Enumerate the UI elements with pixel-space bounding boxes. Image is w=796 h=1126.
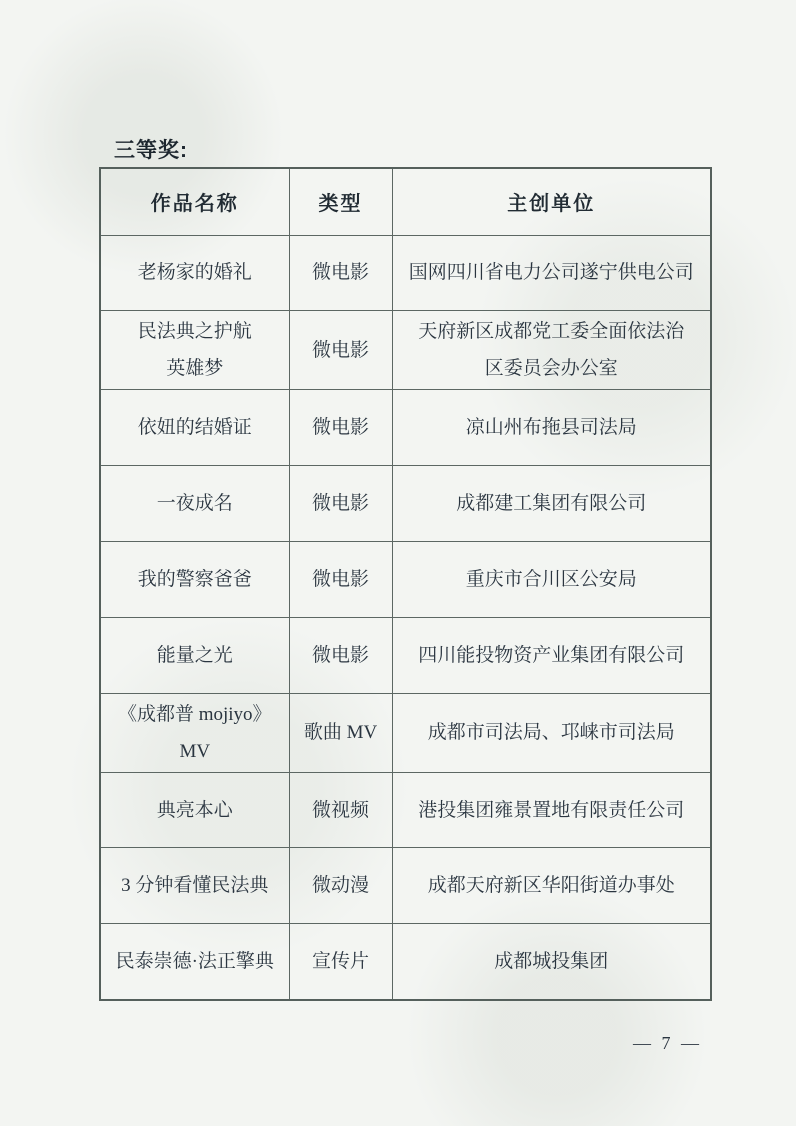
type-cell: 微电影 [289, 541, 392, 617]
work-name-cell: 一夜成名 [100, 466, 289, 542]
table-row: 老杨家的婚礼微电影国网四川省电力公司遂宁供电公司 [100, 235, 711, 311]
header-row: 作品名称 类型 主创单位 [100, 168, 711, 235]
work-name-cell: 老杨家的婚礼 [100, 235, 289, 311]
work-name-cell: 民泰崇德·法正擎典 [100, 924, 289, 1000]
type-cell: 微电影 [289, 235, 392, 311]
table-row: 民泰崇德·法正擎典宣传片成都城投集团 [100, 924, 711, 1000]
awards-table: 作品名称 类型 主创单位 老杨家的婚礼微电影国网四川省电力公司遂宁供电公司民法典… [99, 167, 712, 1001]
table-row: 能量之光微电影四川能投物资产业集团有限公司 [100, 617, 711, 693]
org-cell: 成都建工集团有限公司 [392, 466, 711, 542]
awards-table-body: 老杨家的婚礼微电影国网四川省电力公司遂宁供电公司民法典之护航 英雄梦微电影天府新… [100, 235, 711, 1000]
type-cell: 宣传片 [289, 924, 392, 1000]
org-cell: 重庆市合川区公安局 [392, 541, 711, 617]
type-cell: 微动漫 [289, 848, 392, 924]
org-cell: 港投集团雍景置地有限责任公司 [392, 772, 711, 848]
table-row: 一夜成名微电影成都建工集团有限公司 [100, 466, 711, 542]
type-cell: 微电影 [289, 466, 392, 542]
type-cell: 微电影 [289, 617, 392, 693]
org-cell: 成都天府新区华阳街道办事处 [392, 848, 711, 924]
section-title: 三等奖: [114, 134, 188, 164]
table-row: 典亮本心微视频港投集团雍景置地有限责任公司 [100, 772, 711, 848]
type-cell: 微电影 [289, 311, 392, 390]
org-cell: 成都市司法局、邛崃市司法局 [392, 693, 711, 772]
page-number: — 7 — [633, 1033, 702, 1054]
work-name-cell: 《成都普 mojiyo》 MV [100, 693, 289, 772]
table-row: 我的警察爸爸微电影重庆市合川区公安局 [100, 541, 711, 617]
awards-table-header: 作品名称 类型 主创单位 [100, 168, 711, 235]
header-type: 类型 [289, 168, 392, 235]
work-name-cell: 依妞的结婚证 [100, 390, 289, 466]
work-name-cell: 3 分钟看懂民法典 [100, 848, 289, 924]
work-name-cell: 典亮本心 [100, 772, 289, 848]
table-row: 3 分钟看懂民法典微动漫成都天府新区华阳街道办事处 [100, 848, 711, 924]
org-cell: 成都城投集团 [392, 924, 711, 1000]
type-cell: 微电影 [289, 390, 392, 466]
type-cell: 歌曲 MV [289, 693, 392, 772]
org-cell: 凉山州布拖县司法局 [392, 390, 711, 466]
header-org: 主创单位 [392, 168, 711, 235]
org-cell: 四川能投物资产业集团有限公司 [392, 617, 711, 693]
header-work-name: 作品名称 [100, 168, 289, 235]
table-row: 民法典之护航 英雄梦微电影天府新区成都党工委全面依法治 区委员会办公室 [100, 311, 711, 390]
work-name-cell: 民法典之护航 英雄梦 [100, 311, 289, 390]
type-cell: 微视频 [289, 772, 392, 848]
table-row: 依妞的结婚证微电影凉山州布拖县司法局 [100, 390, 711, 466]
org-cell: 国网四川省电力公司遂宁供电公司 [392, 235, 711, 311]
work-name-cell: 我的警察爸爸 [100, 541, 289, 617]
work-name-cell: 能量之光 [100, 617, 289, 693]
org-cell: 天府新区成都党工委全面依法治 区委员会办公室 [392, 311, 711, 390]
table-row: 《成都普 mojiyo》 MV歌曲 MV成都市司法局、邛崃市司法局 [100, 693, 711, 772]
